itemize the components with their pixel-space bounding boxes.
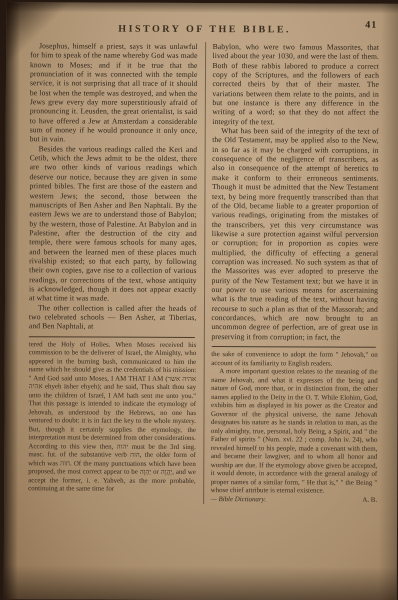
footnote-separator xyxy=(29,336,195,338)
paragraph: Josephus, himself a priest, says it was … xyxy=(30,41,198,145)
paragraph: What has been said of the integrity of t… xyxy=(211,126,378,342)
book-page: HISTORY OF THE BIBLE. 41 Josephus, himse… xyxy=(4,2,398,600)
paragraph: The other collection is called after the… xyxy=(29,303,197,332)
left-column-body: Josephus, himself a priest, says it was … xyxy=(29,41,198,331)
dictionary-reference: — Bible Dictionary. xyxy=(211,496,266,505)
footnote-separator xyxy=(211,346,376,348)
page-title: HISTORY OF THE BIBLE. xyxy=(118,24,291,36)
footnote-paragraph: A more important question relates to the… xyxy=(211,368,378,496)
text-columns: Josephus, himself a priest, says it was … xyxy=(28,41,379,505)
paragraph: Babylon, who were two famous Massorites,… xyxy=(212,42,379,127)
paragraph: Besides the various readings called the … xyxy=(29,144,197,304)
running-header: HISTORY OF THE BIBLE. 41 xyxy=(30,18,379,34)
footnote-signature-row: — Bible Dictionary. A. B. xyxy=(211,496,378,505)
author-initials: A. B. xyxy=(362,496,377,505)
left-column-footnote: tered the Holy of Holies. When Moses rec… xyxy=(28,341,196,495)
scanned-book-photo: HISTORY OF THE BIBLE. 41 Josephus, himse… xyxy=(0,0,398,600)
right-column-footnote: the sake of convenience to adopt the for… xyxy=(211,351,378,505)
left-column: Josephus, himself a priest, says it was … xyxy=(28,41,205,504)
right-column-body: Babylon, who were two famous Massorites,… xyxy=(211,42,379,342)
footnote-paragraph: tered the Holy of Holies. When Moses rec… xyxy=(28,341,196,495)
page-number: 41 xyxy=(365,20,377,31)
footnote-paragraph: the sake of convenience to adopt the for… xyxy=(211,351,378,369)
page-content: HISTORY OF THE BIBLE. 41 Josephus, himse… xyxy=(28,18,379,593)
right-column: Babylon, who were two famous Massorites,… xyxy=(203,42,380,505)
